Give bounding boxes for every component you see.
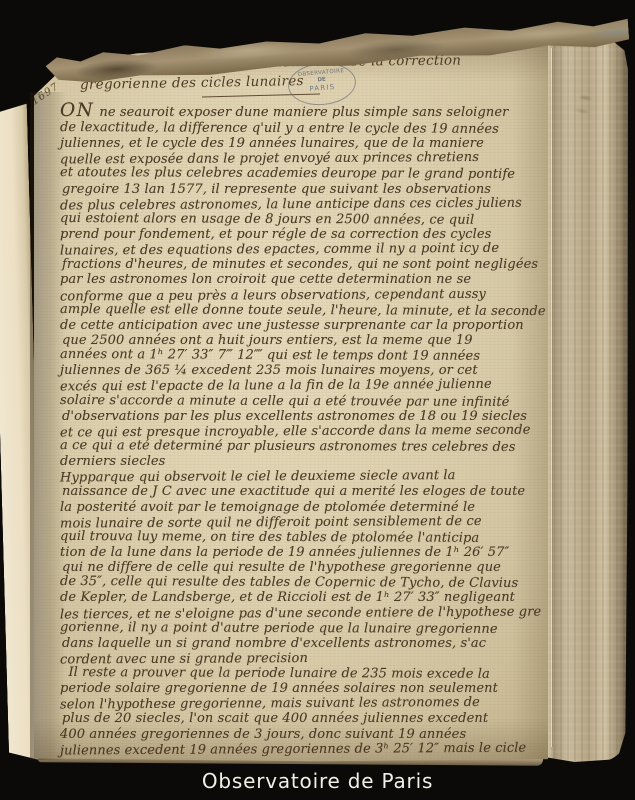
manuscript-line: solaire s'accorde a minute a celle qui a… <box>60 392 544 409</box>
manuscript-line: de cette anticipation avec une justesse … <box>60 318 544 333</box>
manuscript-line: juliennes excedent 19 années gregorienne… <box>60 740 544 758</box>
book-fore-edge <box>539 33 628 762</box>
manuscript-line: plus de 20 siecles, l'on scait que 400 a… <box>62 711 546 726</box>
manuscript-line: la posterité avoit par le temoignage de … <box>60 500 544 515</box>
manuscript-line: par les astronomes lon croiroit que cett… <box>60 272 544 287</box>
manuscript-line: tion de la lune dans la periode de 19 an… <box>60 545 544 560</box>
manuscript-line: d'observations par les plus excellents a… <box>62 409 546 424</box>
manuscript-line: fractions d'heures, de minutes et second… <box>62 257 546 272</box>
manuscript-line: a ce qui a eté determiné par plusieurs a… <box>60 438 544 455</box>
manuscript-lines: de lexactitude, la difference q'uil y a … <box>60 121 544 757</box>
manuscript-line: derniers siecles <box>60 454 544 469</box>
manuscript-opening-line: ONne seauroit exposer dune maniere plus … <box>60 102 544 121</box>
manuscript-line: prend pour fondement, et pour régle de s… <box>60 227 544 242</box>
page-curl-highlight <box>34 90 50 762</box>
manuscript-line: dans laquelle un si grand nombre d'excel… <box>62 636 546 651</box>
manuscript-line: années ont a 1ʰ 27′ 33″ 7‴ 12⁗ qui est l… <box>60 347 544 364</box>
opening-rest: ne seauroit exposer dune maniere plus si… <box>99 105 508 120</box>
manuscript-line: selon l'hypothese gregorienne, mais suiv… <box>60 695 544 713</box>
manuscript-page: De la justesse admirable de la correctio… <box>34 30 548 762</box>
manuscript-line: lunaires, et des equations des epactes, … <box>60 241 544 259</box>
manuscript-text: ONne seauroit exposer dune maniere plus … <box>60 102 544 757</box>
manuscript-line: qui ne differe de celle qui resulte de l… <box>62 560 546 575</box>
manuscript-line: et atoutes les plus celebres academies d… <box>60 165 544 182</box>
caption-label: Observatoire de Paris <box>202 769 433 793</box>
manuscript-line: que 2500 années ont a huit jours entiers… <box>62 333 546 348</box>
manuscript-line: qui estoient alors en usage de 8 jours e… <box>60 211 544 228</box>
manuscript-line: de Kepler, de Landsberge, et de Riccioli… <box>60 590 544 605</box>
manuscript-line: 400 années gregoriennes de 3 jours, donc… <box>60 727 544 742</box>
manuscript-line: de 35″, celle qui resulte des tables de … <box>60 574 544 591</box>
manuscript-line: naissance de J C avec une exactitude qui… <box>62 484 546 499</box>
manuscript-photo: De la justesse admirable de la correctio… <box>0 0 635 800</box>
manuscript-line: Il reste a prouver que la periode lunair… <box>60 665 544 682</box>
manuscript-line: quil trouva luy meme, on tire des tables… <box>60 529 544 546</box>
opening-word: ON <box>60 100 94 121</box>
manuscript-line: de lexactitude, la difference q'uil y a … <box>60 120 544 137</box>
fore-edge-smudge <box>571 90 598 127</box>
manuscript-line: gregoire 13 lan 1577, il represente que … <box>62 182 546 197</box>
manuscript-line: gorienne, il ny a point d'autre periode … <box>60 620 544 637</box>
manuscript-line: Hypparque qui observoit le ciel le deuxi… <box>60 468 544 486</box>
caption-bar: Observatoire de Paris <box>0 762 635 800</box>
manuscript-line: ample quelle est elle donne toute seule,… <box>60 302 544 319</box>
